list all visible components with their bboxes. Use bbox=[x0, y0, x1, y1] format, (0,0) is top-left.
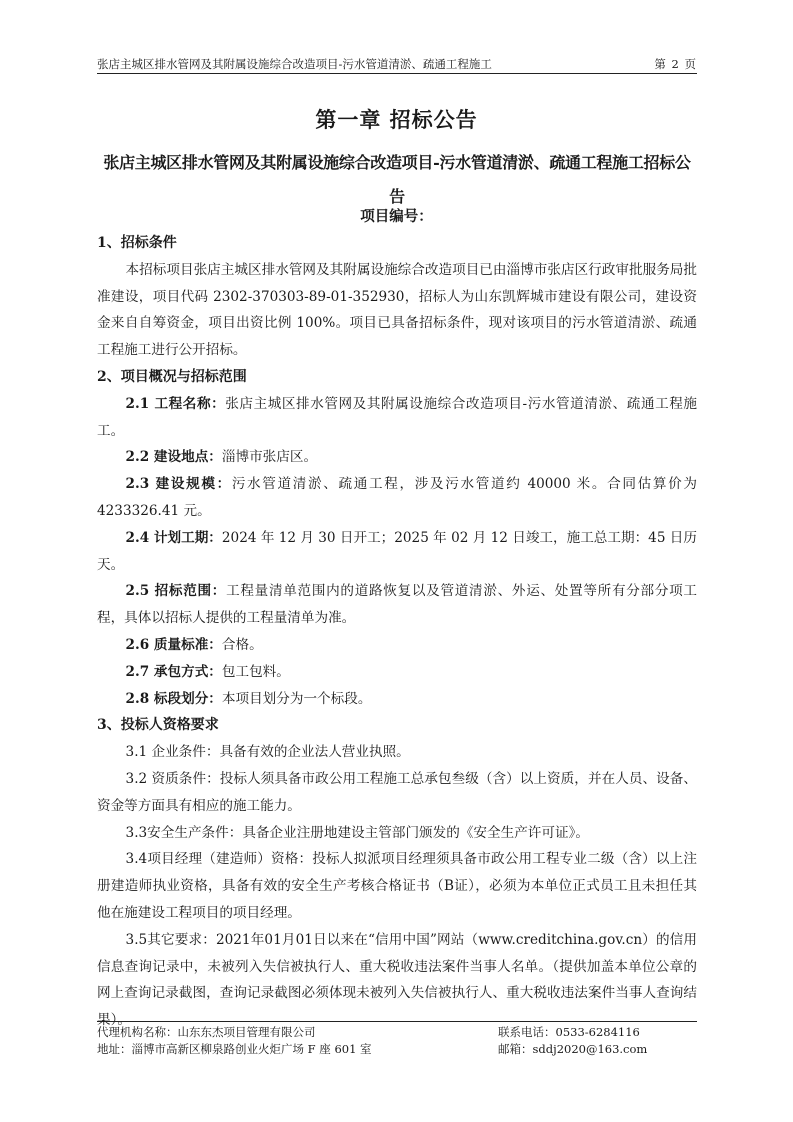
item-label: 2.5 招标范围： bbox=[126, 583, 227, 599]
item-label: 2.8 标段划分： bbox=[126, 691, 222, 707]
item-2-7: 2.7 承包方式：包工包料。 bbox=[97, 659, 697, 686]
item-value: 淄博市张店区。 bbox=[222, 449, 317, 465]
page-number: 第 2 页 bbox=[654, 56, 697, 73]
document-body: 1、招标条件 本招标项目张店主城区排水管网及其附属设施综合改造项目已由淄博市张店… bbox=[97, 230, 697, 1034]
page-header: 张店主城区排水管网及其附属设施综合改造项目-污水管道清淤、疏通工程施工 第 2 … bbox=[97, 56, 697, 74]
item-label: 2.2 建设地点： bbox=[126, 449, 222, 465]
section-heading-1: 1、招标条件 bbox=[97, 230, 697, 257]
item-label: 2.3 建设规模： bbox=[126, 476, 232, 492]
item-value: 合格。 bbox=[222, 637, 263, 653]
item-2-8: 2.8 标段划分：本项目划分为一个标段。 bbox=[97, 686, 697, 713]
contact-email: 邮箱：sddj2020@163.com bbox=[498, 1041, 647, 1058]
item-value: 本项目划分为一个标段。 bbox=[222, 691, 372, 707]
chapter-title: 第一章 招标公告 bbox=[0, 106, 793, 134]
section-heading-2: 2、项目概况与招标范围 bbox=[97, 364, 697, 391]
item-label: 2.4 计划工期： bbox=[126, 530, 222, 546]
page-footer: 代理机构名称：山东东杰项目管理有限公司 联系电话：0533-6284116 地址… bbox=[97, 1021, 697, 1058]
item-2-3: 2.3 建设规模：污水管道清淤、疏通工程，涉及污水管道约 40000 米。合同估… bbox=[97, 471, 697, 525]
footer-row-2: 地址：淄博市高新区柳泉路创业火炬广场 F 座 601 室 邮箱：sddj2020… bbox=[97, 1041, 697, 1058]
item-3-4: 3.4项目经理（建造师）资格：投标人拟派项目经理须具备市政公用工程专业二级（含）… bbox=[97, 846, 697, 926]
item-label: 2.7 承包方式： bbox=[126, 664, 222, 680]
running-title: 张店主城区排水管网及其附属设施综合改造项目-污水管道清淤、疏通工程施工 bbox=[97, 56, 492, 73]
item-value: 包工包料。 bbox=[222, 664, 290, 680]
item-2-1: 2.1 工程名称：张店主城区排水管网及其附属设施综合改造项目-污水管道清淤、疏通… bbox=[97, 391, 697, 445]
item-3-3: 3.3安全生产条件：具备企业注册地建设主管部门颁发的《安全生产许可证》。 bbox=[97, 820, 697, 847]
item-2-2: 2.2 建设地点：淄博市张店区。 bbox=[97, 444, 697, 471]
section-1-body: 本招标项目张店主城区排水管网及其附属设施综合改造项目已由淄博市张店区行政审批服务… bbox=[97, 257, 697, 364]
agency-address: 地址：淄博市高新区柳泉路创业火炬广场 F 座 601 室 bbox=[97, 1041, 498, 1058]
document-title: 张店主城区排水管网及其附属设施综合改造项目-污水管道清淤、疏通工程施工招标公告 bbox=[97, 146, 697, 214]
section-heading-3: 3、投标人资格要求 bbox=[97, 712, 697, 739]
item-3-2: 3.2 资质条件：投标人须具备市政公用工程施工总承包叁级（含）以上资质，并在人员… bbox=[97, 766, 697, 820]
item-3-5: 3.5其它要求：2021年01月01日以来在“信用中国”网站（www.credi… bbox=[97, 927, 697, 1034]
item-2-6: 2.6 质量标准：合格。 bbox=[97, 632, 697, 659]
item-label: 2.6 质量标准： bbox=[126, 637, 222, 653]
item-label: 2.1 工程名称： bbox=[126, 396, 226, 412]
item-3-1: 3.1 企业条件：具备有效的企业法人营业执照。 bbox=[97, 739, 697, 766]
agency-name: 代理机构名称：山东东杰项目管理有限公司 bbox=[97, 1024, 498, 1041]
item-2-4: 2.4 计划工期：2024 年 12 月 30 日开工；2025 年 02 月 … bbox=[97, 525, 697, 579]
contact-phone: 联系电话：0533-6284116 bbox=[498, 1024, 640, 1041]
project-number-label: 项目编号： bbox=[0, 207, 793, 227]
footer-row-1: 代理机构名称：山东东杰项目管理有限公司 联系电话：0533-6284116 bbox=[97, 1024, 697, 1041]
item-2-5: 2.5 招标范围：工程量清单范围内的道路恢复以及管道清淤、外运、处置等所有分部分… bbox=[97, 578, 697, 632]
